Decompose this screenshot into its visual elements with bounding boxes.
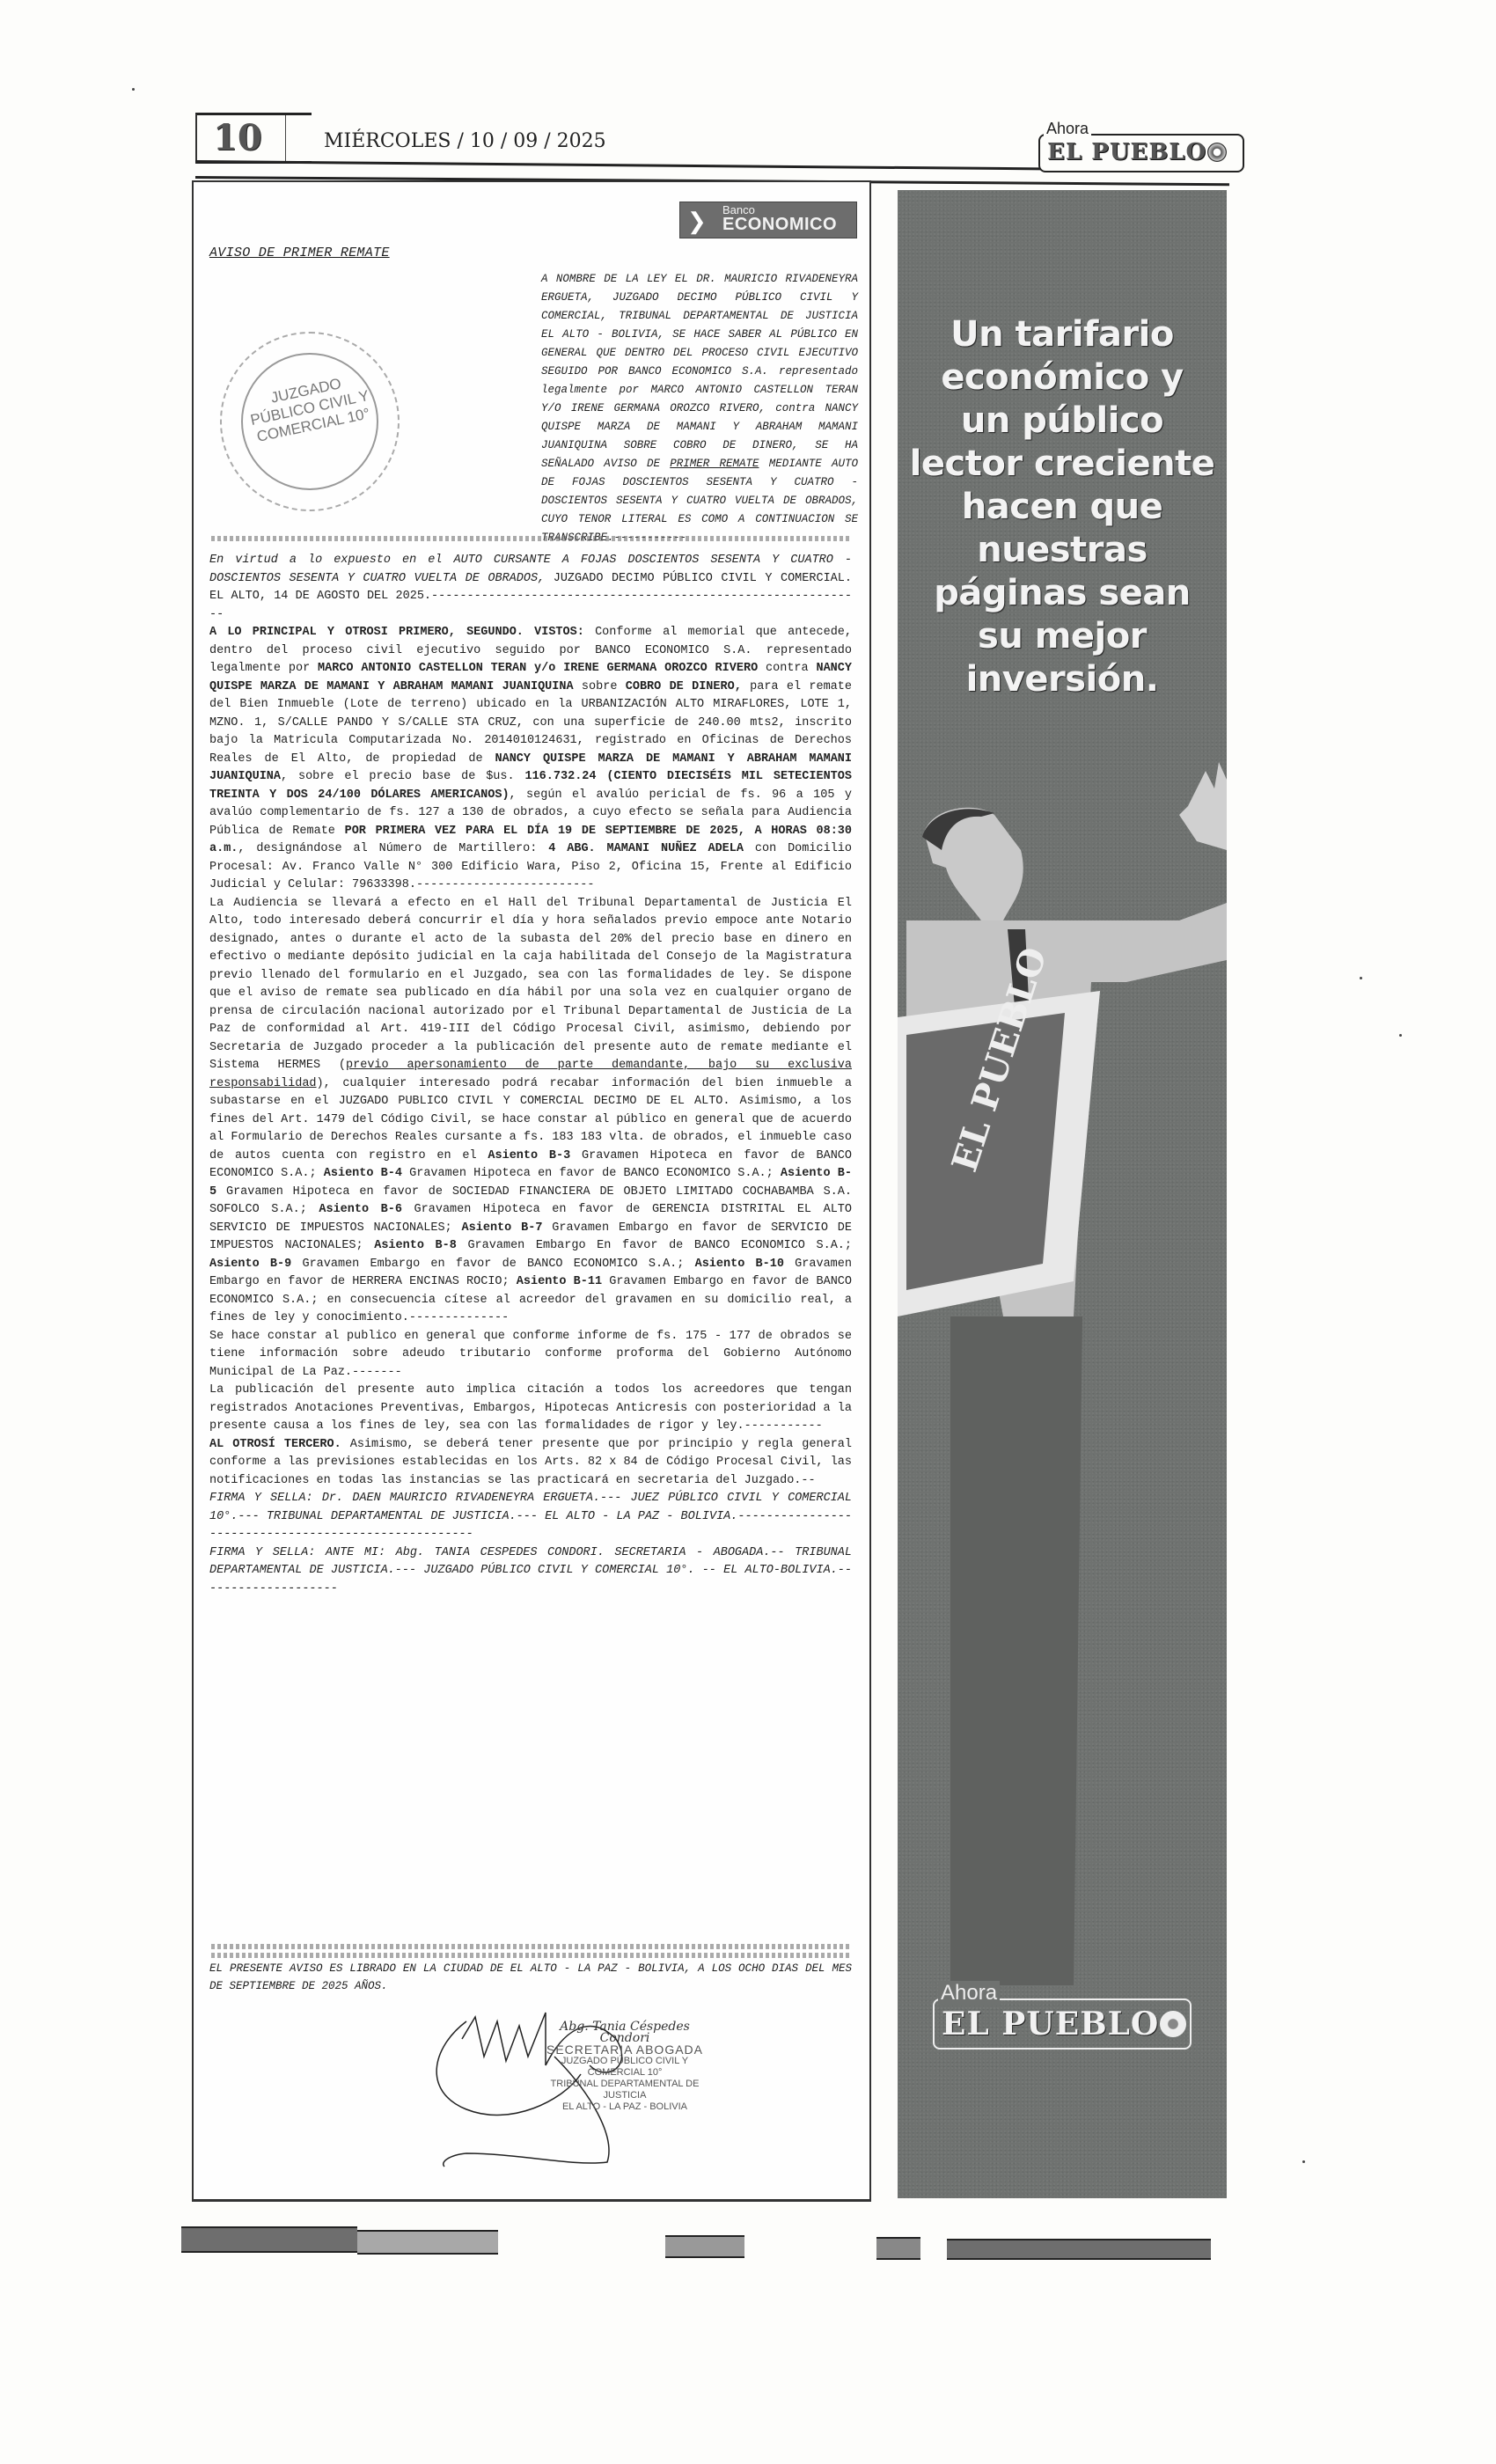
house-advertisement: Un tarifario económico y un público lect…: [898, 190, 1227, 2198]
scan-speck: [1399, 1034, 1402, 1037]
text: A LO PRINCIPAL Y OTROSI PRIMERO, SEGUNDO…: [209, 626, 584, 639]
text: AL OTROSÍ TERCERO.: [209, 1438, 341, 1451]
dotted-separator: [211, 1944, 849, 1949]
ad-headline-line: su mejor: [898, 615, 1227, 658]
logo-prefix: Ahora: [938, 1981, 1000, 2006]
text: Gravamen Hipoteca en favor de BANCO ECON…: [402, 1167, 781, 1180]
text: Asiento B-9: [209, 1258, 291, 1271]
logo-prefix: Ahora: [1044, 120, 1091, 138]
text: , designándose al Número de Martillero:: [238, 842, 548, 855]
secretary-seal: Abg. Tania Céspedes Condori SECRETARIA A…: [537, 2021, 713, 2113]
logo-name: EL PUEBLO: [1047, 139, 1227, 165]
text: Asiento B-8: [374, 1239, 457, 1252]
text: Asiento B-7: [462, 1221, 543, 1235]
notice-title: AVISO DE PRIMER REMATE: [209, 246, 390, 260]
notice-body: En virtud a lo expuesto en el AUTO CURSA…: [209, 552, 852, 1598]
swoosh-icon: ❯: [687, 208, 707, 235]
ad-headline-line: económico y: [898, 356, 1227, 400]
paragraph-firma-juez: FIRMA Y SELLA: Dr. DAEN MAURICIO RIVADEN…: [209, 1490, 852, 1544]
logo-name: EL PUEBLO: [942, 2006, 1186, 2042]
ad-headline-line: inversión.: [898, 658, 1227, 701]
text: La Audiencia se llevará a efecto en el H…: [209, 897, 852, 1073]
closing-statement: EL PRESENTE AVISO ES LIBRADO EN LA CIUDA…: [209, 1960, 852, 1995]
footer-bar: [947, 2239, 1211, 2260]
bank-logo: ❯ Banco ECONOMICO: [679, 202, 857, 238]
page-number: 10: [213, 117, 262, 158]
footer-bar: [181, 2226, 357, 2253]
seal-name: Abg. Tania Céspedes Condori: [537, 2021, 713, 2044]
seal-line: TRIBUNAL DEPARTAMENTAL DE JUSTICIA: [537, 2079, 713, 2101]
ad-headline-line: páginas sean: [898, 572, 1227, 615]
dotted-separator: [211, 1953, 849, 1958]
ad-headline: Un tarifario económico y un público lect…: [898, 313, 1227, 701]
scan-speck: [1360, 977, 1362, 979]
page-footer-bars: [172, 2219, 1228, 2255]
page-number-box: 10: [195, 113, 312, 164]
bank-logo-line2: ECONOMICO: [722, 215, 837, 235]
intro-underlined: PRIMER REMATE: [670, 458, 759, 470]
publication-date: MIÉRCOLES / 10 / 09 / 2025: [324, 130, 606, 152]
text: , sobre el precio base de $us.: [281, 770, 524, 783]
seal-line: EL ALTO - LA PAZ - BOLIVIA: [537, 2101, 713, 2113]
logo-name-text: EL PUEBLO: [942, 2006, 1159, 2042]
notice-intro: A NOMBRE DE LA LEY EL DR. MAURICIO RIVAD…: [541, 270, 858, 547]
ad-headline-line: lector creciente: [898, 443, 1227, 486]
intro-text: A NOMBRE DE LA LEY EL DR. MAURICIO RIVAD…: [541, 273, 858, 470]
sun-emblem-icon: [1207, 143, 1227, 162]
ad-headline-line: un público: [898, 400, 1227, 443]
seal-line: JUZGADO PÚBLICO CIVIL Y COMERCIAL 10°: [537, 2056, 713, 2079]
court-stamp: TRIBUNAL DEPARTAMENTAL DE JUSTICIA JUZGA…: [220, 332, 400, 511]
text: Asiento B-3: [488, 1149, 570, 1162]
paragraph-citacion: La publicación del presente auto implica…: [209, 1382, 852, 1436]
text: sobre: [574, 680, 626, 693]
paragraph-tributario: Se hace constar al publico en general qu…: [209, 1328, 852, 1382]
scan-speck: [132, 88, 135, 91]
paragraph-firma-secretaria: FIRMA Y SELLA: ANTE MI: Abg. TANIA CESPE…: [209, 1544, 852, 1599]
paragraph-auto: En virtud a lo expuesto en el AUTO CURSA…: [209, 552, 852, 624]
footer-bar: [357, 2230, 498, 2255]
paragraph-audiencia: La Audiencia se llevará a efecto en el H…: [209, 895, 852, 1328]
text: 4 ABG. MAMANI NUÑEZ ADELA: [548, 842, 744, 855]
dotted-separator: [211, 536, 849, 541]
footer-bar: [876, 2237, 920, 2260]
text: Asiento B-10: [695, 1258, 784, 1271]
seal-role: SECRETARIA ABOGADA: [537, 2044, 713, 2056]
paragraph-otrosi: AL OTROSÍ TERCERO. Asimismo, se deberá t…: [209, 1436, 852, 1491]
text: COBRO DE DINERO,: [626, 680, 742, 693]
divider: [285, 115, 286, 161]
text: Asiento B-4: [324, 1167, 402, 1180]
intro-text-cont: MEDIANTE AUTO DE FOJAS DOSCIENTOS SESENT…: [541, 458, 858, 544]
text: Gravamen Embargo En favor de BANCO ECONO…: [457, 1239, 852, 1252]
paragraph-vistos: A LO PRINCIPAL Y OTROSI PRIMERO, SEGUNDO…: [209, 624, 852, 895]
ad-headline-line: Un tarifario: [898, 313, 1227, 356]
legal-notice: ❯ Banco ECONOMICO AVISO DE PRIMER REMATE…: [192, 180, 871, 2202]
newspaper-logo-ad: Ahora EL PUEBLO: [933, 1998, 1192, 2050]
text: Asiento B-6: [319, 1203, 402, 1216]
ad-headline-line: hacen que: [898, 486, 1227, 529]
text: MARCO ANTONIO CASTELLON TERAN y/o IRENE …: [318, 662, 758, 675]
text: Asiento B-11: [517, 1275, 602, 1288]
ad-headline-line: nuestras: [898, 529, 1227, 572]
newspaper-logo-header: Ahora EL PUEBLO: [1038, 134, 1244, 172]
man-reading-newspaper-illustration: EL PUEBLO: [898, 753, 1227, 1985]
scan-speck: [1302, 2160, 1305, 2163]
footer-bar: [665, 2235, 744, 2258]
text: Gravamen Embargo en favor de BANCO ECONO…: [291, 1258, 694, 1271]
sun-emblem-icon: [1160, 2011, 1186, 2037]
text: contra: [758, 662, 816, 675]
stamp-ring-text: TRIBUNAL DEPARTAMENTAL DE JUSTICIA: [285, 328, 341, 348]
header-rule: [195, 160, 1075, 171]
logo-name-text: EL PUEBLO: [1047, 139, 1206, 165]
